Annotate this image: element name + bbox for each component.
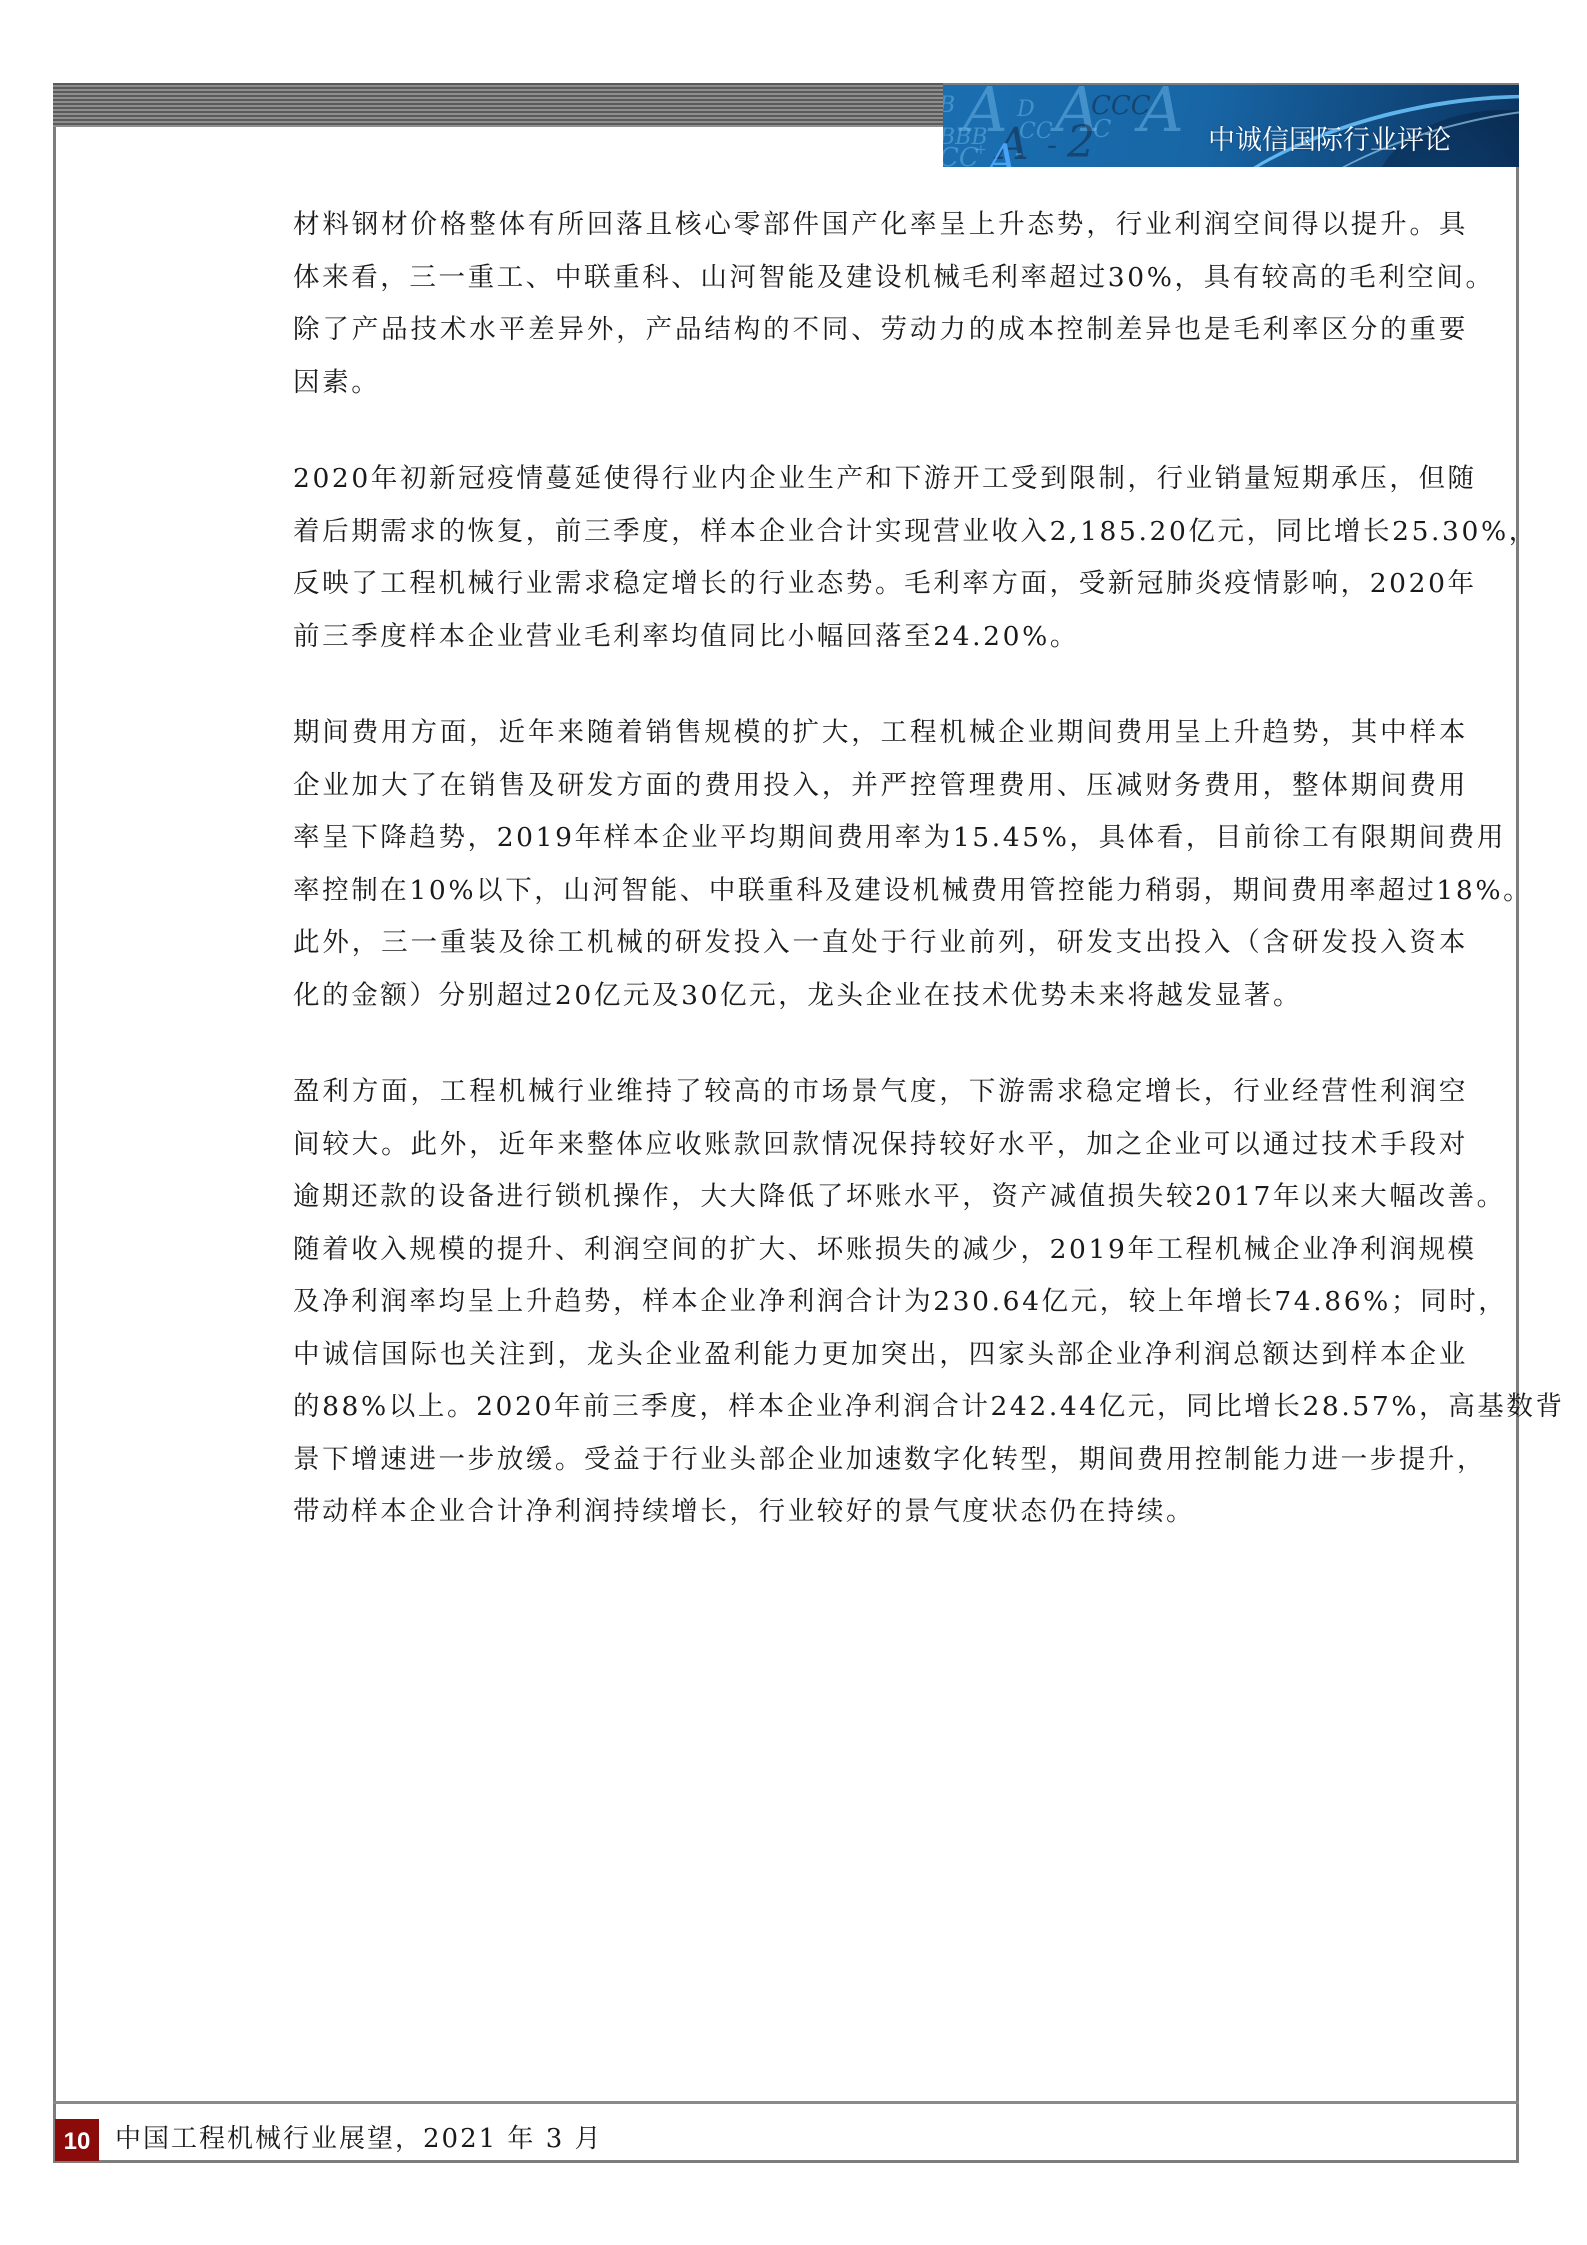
text-line: 率控制在10%以下，山河智能、中联重科及建设机械费用管控能力稍弱，期间费用率超过… [293, 872, 1468, 925]
text-line: 2020年初新冠疫情蔓延使得行业内企业生产和下游开工受到限制，行业销量短期承压，… [293, 460, 1468, 513]
text-line: 企业加大了在销售及研发方面的费用投入，并严控管理费用、压减财务费用，整体期间费用 [293, 767, 1468, 820]
rating-glyph: A [987, 139, 1017, 167]
paragraph-2020-revenue: 2020年初新冠疫情蔓延使得行业内企业生产和下游开工受到限制，行业销量短期承压，… [293, 460, 1468, 670]
text-line: 景下增速进一步放缓。受益于行业头部企业加速数字化转型，期间费用控制能力进一步提升… [293, 1441, 1468, 1494]
text-line: 除了产品技术水平差异外，产品结构的不同、劳动力的成本控制差异也是毛利率区分的重要 [293, 311, 1468, 364]
text-line: 率呈下降趋势，2019年样本企业平均期间费用率为15.45%，具体看，目前徐工有… [293, 819, 1468, 872]
text-line: 及净利润率均呈上升趋势，样本企业净利润合计为230.64亿元，较上年增长74.8… [293, 1283, 1468, 1336]
rating-glyph: B [943, 95, 955, 117]
text-line: 期间费用方面，近年来随着销售规模的扩大，工程机械企业期间费用呈上升趋势，其中样本 [293, 714, 1468, 767]
text-line: 因素。 [293, 364, 1468, 417]
text-line: 的88%以上。2020年前三季度，样本企业净利润合计242.44亿元，同比增长2… [293, 1388, 1468, 1441]
text-line: 盈利方面，工程机械行业维持了较高的市场景气度，下游需求稳定增长，行业经营性利润空 [293, 1073, 1468, 1126]
paragraph-profitability: 盈利方面，工程机械行业维持了较高的市场景气度，下游需求稳定增长，行业经营性利润空… [293, 1073, 1468, 1546]
rating-glyph: 2 [1067, 121, 1095, 165]
text-line: 中诚信国际也关注到，龙头企业盈利能力更加突出，四家头部企业净利润总额达到样本企业 [293, 1336, 1468, 1389]
publication-title: 中诚信国际行业评论 [1208, 127, 1451, 154]
text-line: 化的金额）分别超过20亿元及30亿元，龙头企业在技术优势未来将越发显著。 [293, 977, 1468, 1030]
text-line: 体来看，三一重工、中联重科、山河智能及建设机械毛利率超过30%，具有较高的毛利空… [293, 259, 1468, 312]
header-banner: B A D A CCC A BBB A CC - 2 C CC + A - 中诚… [943, 83, 1519, 167]
text-line: 间较大。此外，近年来整体应收账款回款情况保持较好水平，加之企业可以通过技术手段对 [293, 1126, 1468, 1179]
page-frame-left-border [53, 83, 56, 2163]
text-line: 随着收入规模的提升、利润空间的扩大、坏账损失的减少，2019年工程机械企业净利润… [293, 1231, 1468, 1284]
footer-divider [53, 2101, 1519, 2104]
rating-glyph: - [1047, 131, 1057, 161]
page-number: 10 [55, 2119, 99, 2161]
paragraph-gross-margin: 材料钢材价格整体有所回落且核心零部件国产化率呈上升态势，行业利润空间得以提升。具… [293, 206, 1468, 416]
text-line: 逾期还款的设备进行锁机操作，大大降低了坏账水平，资产减值损失较2017年以来大幅… [293, 1178, 1468, 1231]
text-line: 前三季度样本企业营业毛利率均值同比小幅回落至24.20%。 [293, 618, 1468, 671]
text-line: 反映了工程机械行业需求稳定增长的行业态势。毛利率方面，受新冠肺炎疫情影响，202… [293, 565, 1468, 618]
rating-glyph: + [975, 143, 987, 157]
page-frame-right-border [1516, 83, 1519, 2163]
paragraph-period-expenses: 期间费用方面，近年来随着销售规模的扩大，工程机械企业期间费用呈上升趋势，其中样本… [293, 714, 1468, 1029]
text-line: 带动样本企业合计净利润持续增长，行业较好的景气度状态仍在持续。 [293, 1493, 1468, 1546]
rating-glyph: C [1093, 117, 1111, 141]
rating-glyph: - [1015, 143, 1022, 165]
text-line: 材料钢材价格整体有所回落且核心零部件国产化率呈上升态势，行业利润空间得以提升。具 [293, 206, 1468, 259]
text-line: 着后期需求的恢复，前三季度，样本企业合计实现营业收入2,185.20亿元，同比增… [293, 513, 1468, 566]
rating-glyph: A [1139, 83, 1184, 141]
rating-glyph: CC [943, 145, 979, 167]
text-line: 此外，三一重装及徐工机械的研发投入一直处于行业前列，研发支出投入（含研发投入资本 [293, 924, 1468, 977]
article-body: 材料钢材价格整体有所回落且核心零部件国产化率呈上升态势，行业利润空间得以提升。具… [293, 206, 1468, 1590]
page-frame-bottom-border [53, 2160, 1519, 2163]
header-stripe-band [53, 83, 945, 127]
rating-glyph: D [1017, 99, 1035, 121]
footer-report-title: 中国工程机械行业展望，2021 年 3 月 [115, 2122, 603, 2156]
